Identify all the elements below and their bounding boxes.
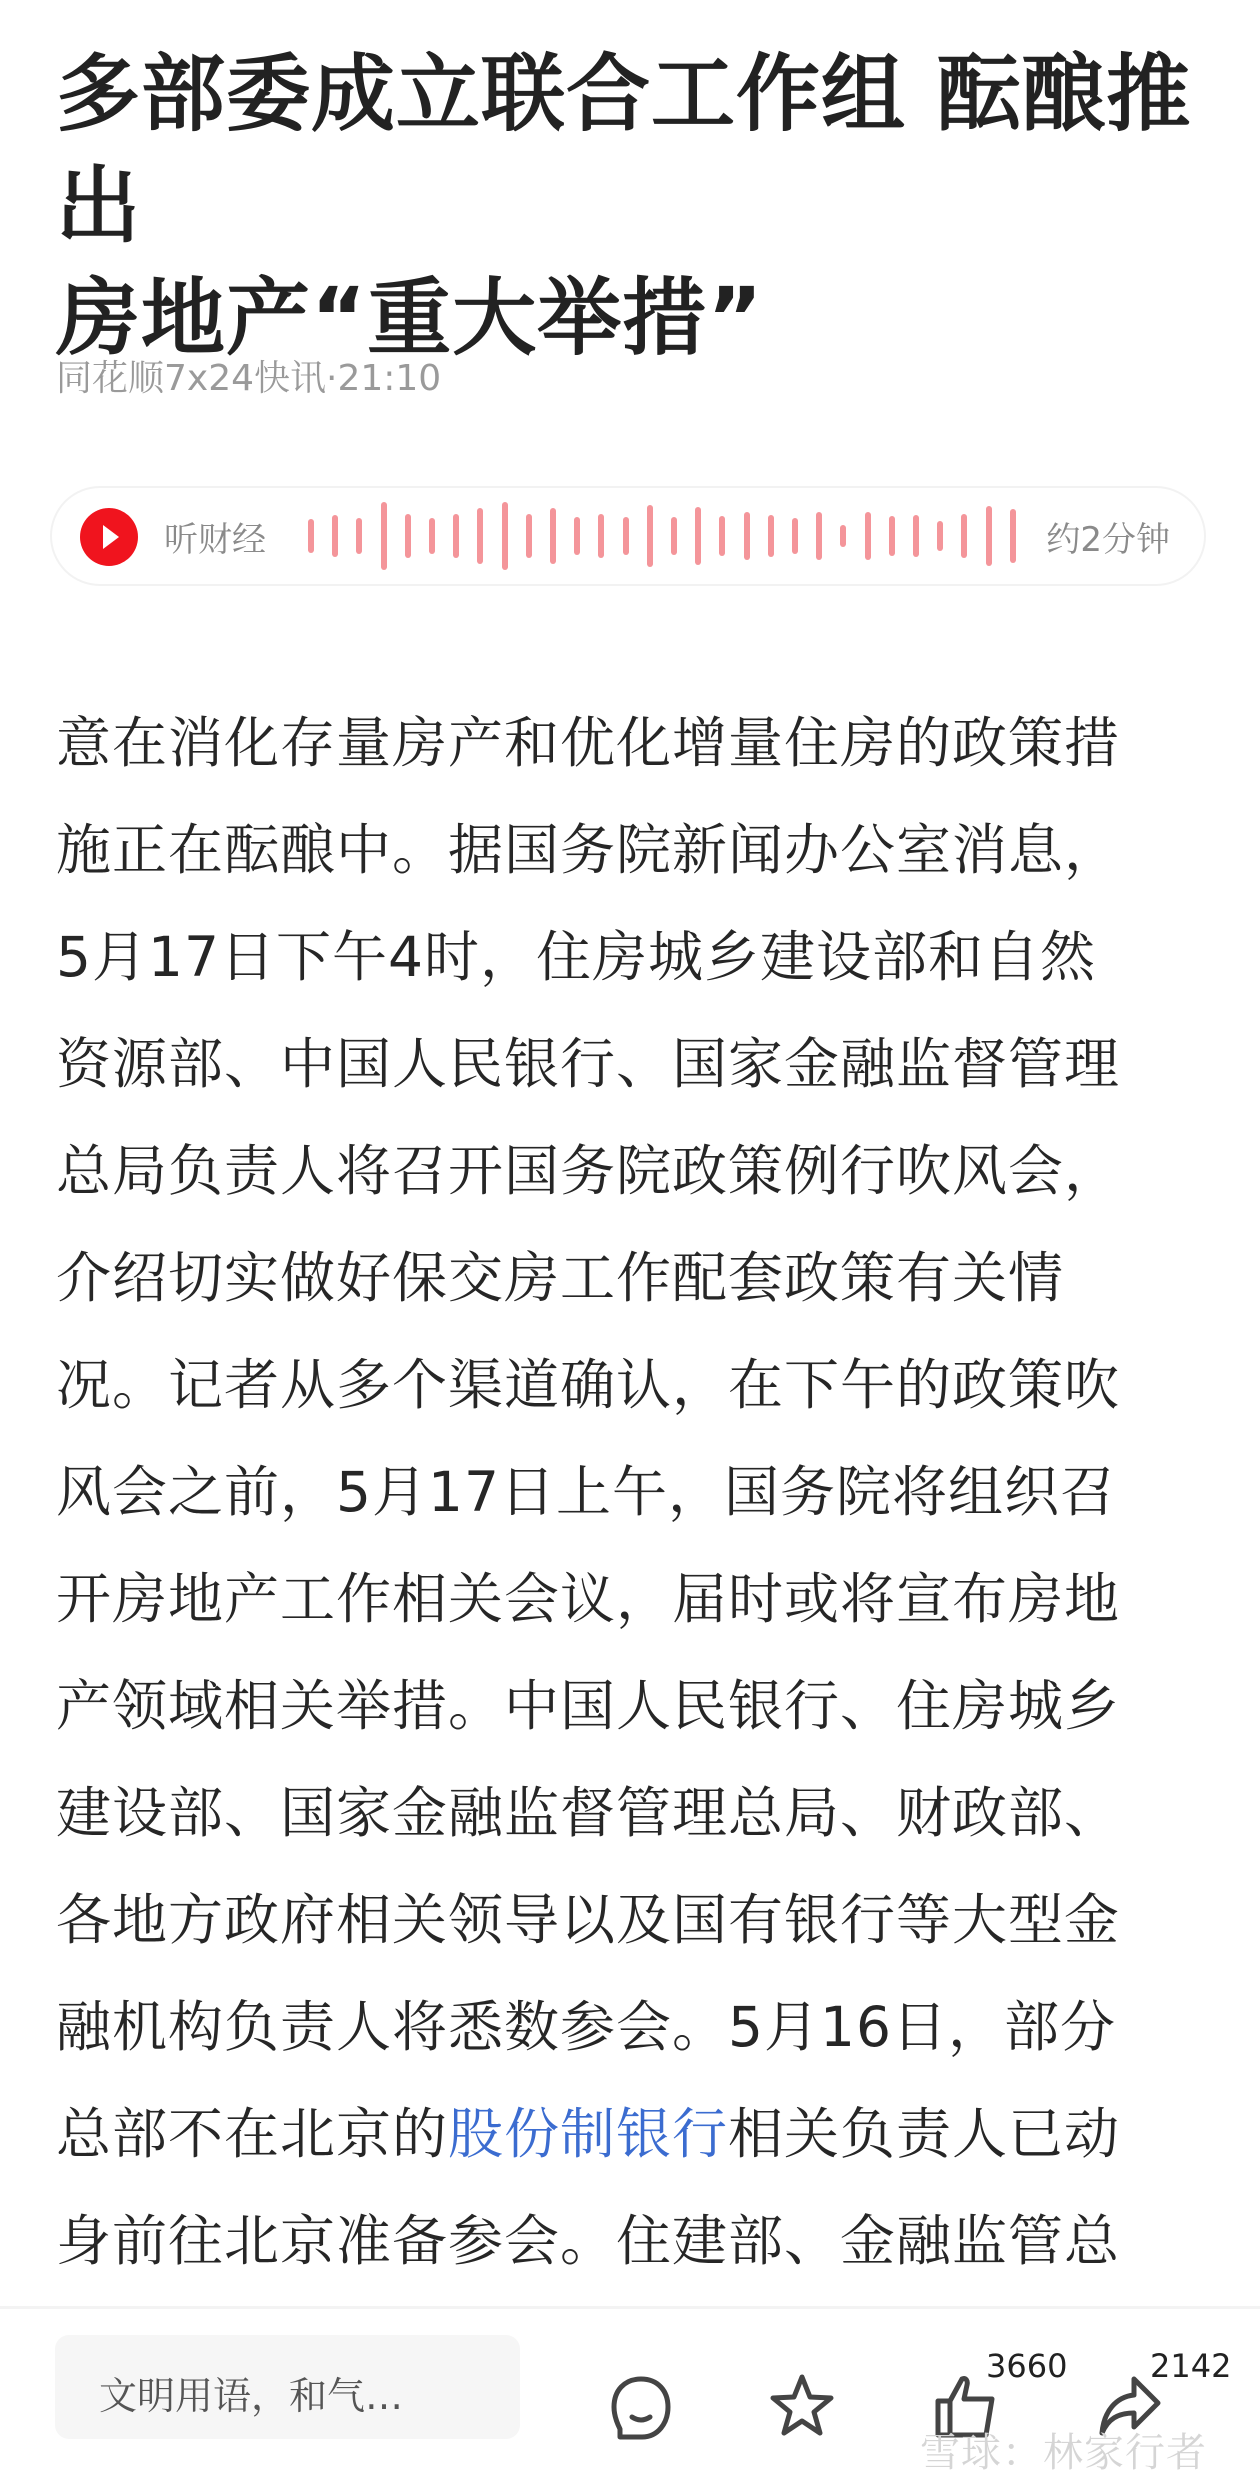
body-line: 况。记者从多个渠道确认，在下午的政策吹 <box>56 1332 1216 1439</box>
waveform[interactable] <box>308 488 1058 584</box>
body-line: 5月17日下午4时，住房城乡建设部和自然 <box>56 904 1216 1011</box>
title-line-1: 多部委成立联合工作组 酝酿推出 <box>56 38 1216 262</box>
audio-duration: 约2分钟 <box>1046 512 1170 561</box>
waveform-bar <box>695 507 701 565</box>
waveform-bar <box>598 514 604 558</box>
body-lines: 意在消化存量房产和优化增量住房的政策措施正在酝酿中。据国务院新闻办公室消息，5月… <box>56 690 1216 2081</box>
waveform-bar <box>526 514 532 558</box>
comment-input[interactable]: 文明用语，和气… <box>55 2335 520 2439</box>
body-line: 总局负责人将召开国务院政策例行吹风会， <box>56 1118 1216 1225</box>
comment-placeholder: 文明用语，和气… <box>99 2365 403 2420</box>
waveform-bar <box>768 515 774 557</box>
waveform-bar <box>913 515 919 557</box>
body-line-with-link: 总部不在北京的股份制银行相关负责人已动 <box>56 2081 1216 2188</box>
body-line: 开房地产工作相关会议，届时或将宣布房地 <box>56 1546 1216 1653</box>
body-line: 融机构负责人将悉数参会。5月16日，部分 <box>56 1974 1216 2081</box>
body-line: 介绍切实做好保交房工作配套政策有关情 <box>56 1225 1216 1332</box>
body-line: 资源部、中国人民银行、国家金融监督管理 <box>56 1011 1216 1118</box>
play-icon[interactable] <box>80 508 138 566</box>
waveform-bar <box>308 519 314 553</box>
waveform-bar <box>477 508 483 564</box>
body-line: 风会之前，5月17日上午，国务院将组织召 <box>56 1439 1216 1546</box>
body-line: 建设部、国家金融监督管理总局、财政部、 <box>56 1760 1216 1867</box>
article-title: 多部委成立联合工作组 酝酿推出 房地产“重大举措” <box>56 38 1216 374</box>
audio-label: 听财经 <box>164 512 266 561</box>
waveform-bar <box>356 518 362 554</box>
waveform-bar <box>405 514 411 558</box>
body-line: 身前往北京准备参会。住建部、金融监管总 <box>56 2188 1216 2295</box>
like-count: 3660 <box>986 2347 1067 2385</box>
waveform-bar <box>671 517 677 555</box>
waveform-bar <box>1010 509 1016 563</box>
article-meta: 同花顺7x24快讯·21:10 <box>56 350 441 401</box>
waveform-bar <box>986 506 992 566</box>
waveform-bar <box>889 516 895 556</box>
waveform-bar <box>719 516 725 556</box>
body-line: 各地方政府相关领导以及国有银行等大型金 <box>56 1867 1216 1974</box>
waveform-bar <box>381 502 387 570</box>
waveform-bar <box>429 518 435 554</box>
bottom-action-bar: 文明用语，和气… 3660 2142 雪球：林家行者 <box>0 2309 1260 2472</box>
watermark: 雪球：林家行者 <box>920 2421 1207 2472</box>
waveform-bar <box>453 514 459 558</box>
waveform-bar <box>744 512 750 560</box>
waveform-bar <box>623 517 629 555</box>
star-icon[interactable] <box>767 2371 837 2441</box>
share-count: 2142 <box>1150 2347 1231 2385</box>
waveform-bar <box>840 525 846 547</box>
waveform-bar <box>865 512 871 560</box>
waveform-bar <box>647 505 653 567</box>
waveform-bar <box>574 517 580 555</box>
waveform-bar <box>332 515 338 557</box>
body-line: 产领域相关举措。中国人民银行、住房城乡 <box>56 1653 1216 1760</box>
stock-link[interactable]: 股份制银行 <box>448 2102 728 2166</box>
waveform-bar <box>937 521 943 551</box>
waveform-bar <box>502 502 508 570</box>
waveform-bar <box>816 512 822 560</box>
comment-icon[interactable] <box>606 2373 676 2443</box>
body-line: 意在消化存量房产和优化增量住房的政策措 <box>56 690 1216 797</box>
waveform-bar <box>792 518 798 554</box>
article-body: 意在消化存量房产和优化增量住房的政策措施正在酝酿中。据国务院新闻办公室消息，5月… <box>56 690 1216 2295</box>
waveform-bar <box>961 514 967 558</box>
audio-player[interactable]: 听财经 约2分钟 <box>50 486 1206 586</box>
body-line: 施正在酝酿中。据国务院新闻办公室消息， <box>56 797 1216 904</box>
waveform-bar <box>550 508 556 564</box>
